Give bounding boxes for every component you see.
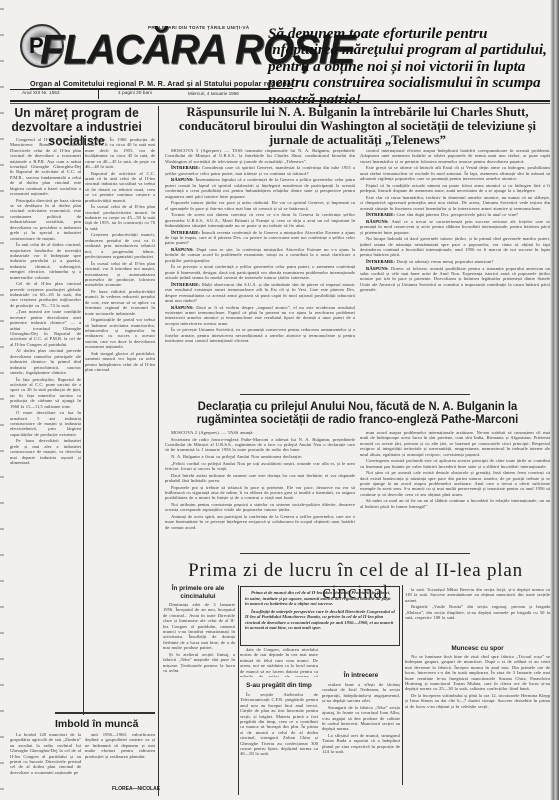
column-rule [238, 585, 239, 795]
paragraph: În cursul celui de al II-lea plan cincin… [85, 204, 155, 231]
paragraph: N. A. Bulganin a făcut cu prilejul Anulu… [165, 454, 355, 459]
paragraph: Raportul de activitate al C.C. arată că … [85, 171, 155, 203]
paragraph: RĂSPUNS: Însemnătatea faptului că a conf… [165, 177, 355, 199]
paragraph: Dacă întrebi astăzi milioane de oameni c… [165, 473, 355, 484]
subheadline: În primele ore ale cincinalului [163, 585, 233, 600]
paragraph: Cel de al II-lea plan cincinal prevede c… [10, 281, 81, 308]
subheadline: În întrecere [322, 672, 400, 679]
paragraph: Este clar că cursa înarmărilor, inclusiv… [360, 195, 550, 211]
paragraph: RĂSPUNS: După cum se știe, la conferința… [165, 247, 355, 263]
paragraph: creștere. În 1960 producția de textile v… [85, 137, 155, 169]
paragraph: Nu se luminase încă bine de ziuă cînd sp… [405, 654, 550, 692]
paragraph: Nu încape îndoială că dacă guvernele tut… [360, 236, 550, 258]
scan-edge-left [0, 0, 4, 800]
paragraph: MOSCOVA 3 (Agerpres). — TASS transmite r… [165, 148, 355, 164]
paragraph: De la începerea schimbului și pînă la or… [405, 693, 550, 709]
article-prima-col3: sculare bune a sfîrșit de lăcătuș condus… [322, 682, 400, 796]
article-program-col1: Congresul al II-lea al Partidului Muncit… [10, 137, 81, 715]
divider [240, 394, 470, 395]
article-program-col2: creștere. În 1960 producția de textile v… [85, 137, 155, 715]
paragraph: Societatea de radio franco-engleză Pathe… [165, 437, 355, 453]
article-imbold-col1: La bordul 120 muncitori de la gospodăria… [10, 732, 81, 777]
paragraph: MOSCOVA 2 (Agerpres). — TASS anunță: [165, 430, 355, 435]
paragraph: Pe baza dezvoltării industriei grele și … [10, 438, 81, 465]
paragraph: data de Congres, ridicarea nivelului nos… [240, 647, 318, 677]
column-rule [402, 585, 403, 785]
article-prima-col4: la sută. Tovarășul Mihai Bereciu din sec… [405, 587, 550, 645]
article-bulganin-col2: control internațional eficient asupra în… [360, 148, 550, 390]
paragraph: ÎNTREBARE: Considerați oare că spiritul … [165, 165, 355, 176]
divider [240, 553, 470, 554]
paragraph: Să urăm ca noul an să fie un an al slăbi… [360, 498, 550, 509]
divider [55, 712, 155, 714]
paragraph: Noi atribuim pentru coexistența pașnică … [165, 502, 355, 513]
paragraph: Faptul că în condițiile actuale nimeni n… [360, 183, 550, 194]
article-declaratia-col1: MOSCOVA 2 (Agerpres). — TASS anunță:Soci… [165, 430, 355, 548]
paragraph: Brigăzile „Vasile Roaita” din secția vag… [405, 604, 550, 620]
paragraph: Noi știm că pe această cale există destu… [360, 470, 550, 497]
paragraph: O mare dezvoltare va lua în următorii 5 … [10, 410, 81, 437]
article-bulganin-col1: MOSCOVA 3 (Agerpres). — TASS transmite r… [165, 148, 355, 390]
headline-bulganin: Răspunsurile lui N. A. Bulganin la între… [165, 105, 550, 147]
article-prima-col1: Dimineața zilei de 3 Ianuarie 1956. Înce… [163, 602, 235, 796]
issue-date: Miercuri, 4 Ianuarie 1956 [188, 91, 239, 96]
paragraph: Congresul al II-lea al Partidului Muncit… [10, 137, 81, 196]
article-declaratia-col2: mun acord asupra problemelor internațion… [360, 430, 550, 548]
paragraph: „Felicit cordial cu prilejul Anului Nou … [165, 461, 355, 472]
paragraph: Organizațiile de partid vor trebui să în… [85, 317, 155, 349]
paragraph: Principala directivă pe baza căreia se v… [10, 198, 81, 241]
paragraph: Al doilea plan cincinal prevede dezvolta… [10, 348, 81, 375]
paragraph: Tocmai de aceea noi sîntem convinși că c… [165, 212, 355, 228]
paragraph: mun acord asupra problemelor internațion… [360, 430, 550, 457]
paragraph: Creșterea productivității muncii, reduce… [85, 232, 155, 259]
page-count-price: 4 pagini 20 bani [118, 91, 152, 96]
paragraph: control internațional eficient asupra în… [360, 148, 550, 164]
paragraph: În ce privește o nouă conferință a șefil… [165, 264, 355, 280]
paragraph: anii 1956—1960, valorificarea deplină a … [85, 732, 155, 759]
article-imbold-col2: anii 1956—1960, valorificarea deplină a … [85, 732, 155, 777]
paragraph: Sub steagul glorios al partidului, oamen… [85, 351, 155, 373]
paragraph: În secțiile Atelierelor de Telecomunicaț… [240, 692, 318, 757]
paragraph: În ce privește Uniunea Sovietică, ea se … [165, 327, 355, 343]
paragraph: „Țara noastră are toate condițiile neces… [10, 309, 81, 347]
paragraph: ÎNTREBARE: Mulți observatori din S.U.A. … [165, 282, 355, 304]
paragraph: Popoarele tuturor țărilor vor pace și ur… [165, 200, 355, 211]
paragraph: În anii celui de al doilea cincinal, maj… [10, 242, 81, 280]
paragraph: Popoarele pot și trebuie să trăiască în … [165, 485, 355, 501]
article-prima-intro-box: Prima zi de muncă din cel de al II-lea p… [240, 586, 400, 646]
issue-number: Anul XIII Nr. 1553 [22, 91, 60, 96]
divider [98, 90, 99, 99]
paragraph: RĂSPUNS: Anul ce a trecut se caracterize… [360, 219, 550, 235]
subheadline: S-au pregătit din timp [240, 682, 318, 689]
article-prima-col2a: data de Congres, ridicarea nivelului nos… [240, 647, 318, 677]
paragraph: Convingerea noastră profundă este că apl… [360, 458, 550, 469]
article-prima-col4b: Nu se luminase încă bine de ziuă cînd sp… [405, 654, 550, 764]
paragraph: ÎNTREBARE: Doriți să adresați vreun mesa… [360, 259, 550, 264]
headline-imbold: Imbold în muncă [55, 718, 138, 730]
column-rule [158, 106, 159, 796]
paragraph: În cursul celui de al II-lea plan cincin… [85, 261, 155, 288]
paragraph: Este greșit să se afirme că întrucît atî… [360, 165, 550, 181]
paragraph: la sută. Tovarășul Mihai Bereciu din sec… [405, 587, 550, 603]
paragraph: La bordul 120 muncitori de la gospodăria… [10, 732, 81, 775]
paragraph: RĂSPUNS: Dacă ar fi să vorbim despre „im… [165, 305, 355, 327]
newspaper-page: PROLETARI DIN TOATE ȚĂRILE UNIȚI-VĂ PL F… [0, 0, 559, 800]
masthead-organ-line: Organ al Comitetului regional P. M. R. A… [30, 79, 293, 89]
column-rule [83, 137, 84, 715]
article-signature: FLOREA—NICOLAE [112, 786, 160, 792]
masthead-slogan: Să depunem toate eforturile pentru înfăp… [268, 26, 548, 108]
paragraph: ÎNTREBARE: Întrucît recenta conferință d… [165, 230, 355, 246]
paragraph: Strungarii de la fabrica „Teba” secția a… [322, 705, 400, 732]
headline-declaratia: Declarația cu prilejul Anului Nou, făcut… [180, 400, 534, 427]
subheadline: Muncesc cu spor [405, 645, 550, 652]
masthead-rule [10, 103, 550, 104]
paragraph: ÎNTREBARE: Care sînt după părerea Dvs. p… [360, 212, 550, 217]
paragraph: Dimineața zilei de 3 Ianuarie 1956. Înce… [163, 602, 235, 651]
paragraph: sculare bune a sfîrșit de lăcătuș condus… [322, 682, 400, 704]
paragraph: La sfîrșitul orei de muncă, strungarul T… [322, 733, 400, 755]
paragraph: Și în atelierul secției finisaj, a fabri… [163, 652, 235, 674]
article-prima-col2b: În secțiile Atelierelor de Telecomunicaț… [240, 692, 318, 796]
paragraph: Prima zi de muncă din cel de al II-lea p… [245, 590, 395, 607]
divider [10, 89, 268, 90]
scan-edge-right [550, 0, 559, 800]
paragraph: Însuflețiți de măreţele perspective care… [245, 609, 395, 631]
paragraph: În fața petroliștilor, Raportul de activ… [10, 377, 81, 409]
masthead-rule [10, 100, 550, 102]
paragraph: Animați de acest spirit, am participat l… [165, 514, 355, 530]
paragraph: RĂSPUNS: Doresc să folosesc această posi… [360, 266, 550, 293]
paragraph: Pe baza ridicării productivității muncii… [85, 289, 155, 316]
